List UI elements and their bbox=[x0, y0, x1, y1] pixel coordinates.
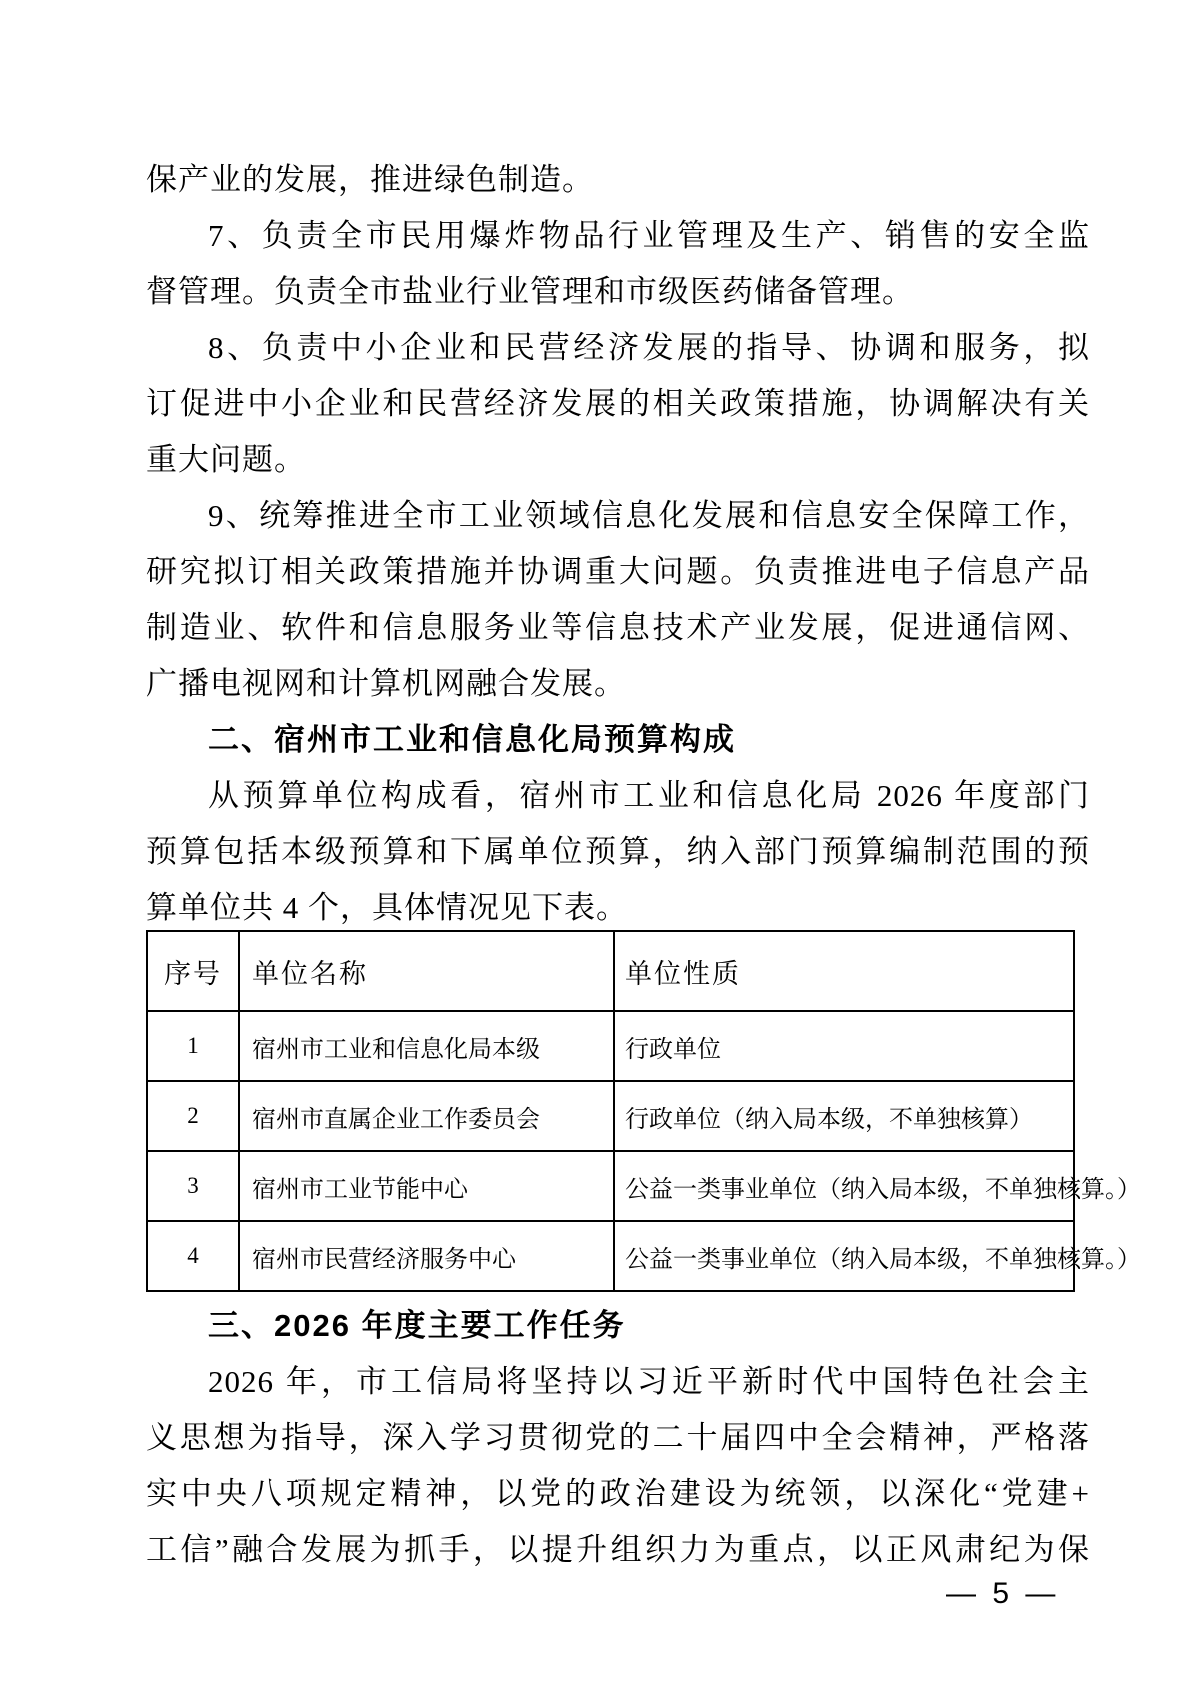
text-line: 算单位共 4 个，具体情况见下表。 bbox=[146, 880, 1090, 936]
text-line: 保产业的发展，推进绿色制造。 bbox=[146, 152, 1090, 208]
table-cell-no: 3 bbox=[147, 1151, 239, 1221]
table-cell-name: 宿州市工业和信息化局本级 bbox=[239, 1011, 614, 1081]
text-line: 制造业、软件和信息服务业等信息技术产业发展，促进通信网、 bbox=[146, 600, 1090, 656]
table-cell-no: 1 bbox=[147, 1011, 239, 1081]
budget-units-table: 序号 单位名称 单位性质 1宿州市工业和信息化局本级行政单位2宿州市直属企业工作… bbox=[146, 930, 1075, 1292]
text-line: 义思想为指导，深入学习贯彻党的二十届四中全会精神，严格落 bbox=[146, 1410, 1090, 1466]
text-line: 从预算单位构成看，宿州市工业和信息化局 2026 年度部门 bbox=[146, 768, 1090, 824]
text-line: 研究拟订相关政策措施并协调重大问题。负责推进电子信息产品 bbox=[146, 544, 1090, 600]
table-cell-no: 2 bbox=[147, 1081, 239, 1151]
document-page: 保产业的发展，推进绿色制造。7、负责全市民用爆炸物品行业管理及生产、销售的安全监… bbox=[0, 0, 1190, 1683]
text-line: 9、统筹推进全市工业领域信息化发展和信息安全保障工作， bbox=[146, 488, 1090, 544]
table-header-cell-no: 序号 bbox=[147, 931, 239, 1011]
table-cell-type: 行政单位（纳入局本级，不单独核算） bbox=[614, 1081, 1074, 1151]
budget-units-table-header: 序号 单位名称 单位性质 bbox=[147, 931, 1074, 1011]
text-line: 订促进中小企业和民营经济发展的相关政策措施，协调解决有关 bbox=[146, 376, 1090, 432]
table-cell-name: 宿州市工业节能中心 bbox=[239, 1151, 614, 1221]
text-line: 工信”融合发展为抓手，以提升组织力为重点，以正风肃纪为保 bbox=[146, 1522, 1090, 1578]
document-body-bottom: 三、2026 年度主要工作任务2026 年，市工信局将坚持以习近平新时代中国特色… bbox=[146, 1298, 1090, 1578]
text-line: 督管理。负责全市盐业行业管理和市级医药储备管理。 bbox=[146, 264, 1090, 320]
table-row: 1宿州市工业和信息化局本级行政单位 bbox=[147, 1011, 1074, 1081]
text-line: 7、负责全市民用爆炸物品行业管理及生产、销售的安全监 bbox=[146, 208, 1090, 264]
table-header-row: 序号 单位名称 单位性质 bbox=[147, 931, 1074, 1011]
table-cell-type: 公益一类事业单位（纳入局本级，不单独核算。） bbox=[614, 1151, 1074, 1221]
table-cell-type: 行政单位 bbox=[614, 1011, 1074, 1081]
section-heading: 二、宿州市工业和信息化局预算构成 bbox=[146, 712, 1090, 768]
table-row: 3宿州市工业节能中心公益一类事业单位（纳入局本级，不单独核算。） bbox=[147, 1151, 1074, 1221]
table-header-cell-name: 单位名称 bbox=[239, 931, 614, 1011]
text-line: 2026 年，市工信局将坚持以习近平新时代中国特色社会主 bbox=[146, 1354, 1090, 1410]
text-line: 广播电视网和计算机网融合发展。 bbox=[146, 656, 1090, 712]
page-number: — 5 — bbox=[946, 1577, 1059, 1611]
text-line: 预算包括本级预算和下属单位预算，纳入部门预算编制范围的预 bbox=[146, 824, 1090, 880]
text-line: 实中央八项规定精神，以党的政治建设为统领，以深化“党建+ bbox=[146, 1466, 1090, 1522]
text-line: 8、负责中小企业和民营经济发展的指导、协调和服务，拟 bbox=[146, 320, 1090, 376]
table-row: 2宿州市直属企业工作委员会行政单位（纳入局本级，不单独核算） bbox=[147, 1081, 1074, 1151]
table-header-cell-type: 单位性质 bbox=[614, 931, 1074, 1011]
table-cell-name: 宿州市直属企业工作委员会 bbox=[239, 1081, 614, 1151]
table-cell-type: 公益一类事业单位（纳入局本级，不单独核算。） bbox=[614, 1221, 1074, 1291]
table-row: 4宿州市民营经济服务中心公益一类事业单位（纳入局本级，不单独核算。） bbox=[147, 1221, 1074, 1291]
document-body-top: 保产业的发展，推进绿色制造。7、负责全市民用爆炸物品行业管理及生产、销售的安全监… bbox=[146, 152, 1090, 936]
text-line: 重大问题。 bbox=[146, 432, 1090, 488]
section-heading: 三、2026 年度主要工作任务 bbox=[146, 1298, 1090, 1354]
table-cell-name: 宿州市民营经济服务中心 bbox=[239, 1221, 614, 1291]
table-cell-no: 4 bbox=[147, 1221, 239, 1291]
budget-units-table-body: 1宿州市工业和信息化局本级行政单位2宿州市直属企业工作委员会行政单位（纳入局本级… bbox=[147, 1011, 1074, 1291]
